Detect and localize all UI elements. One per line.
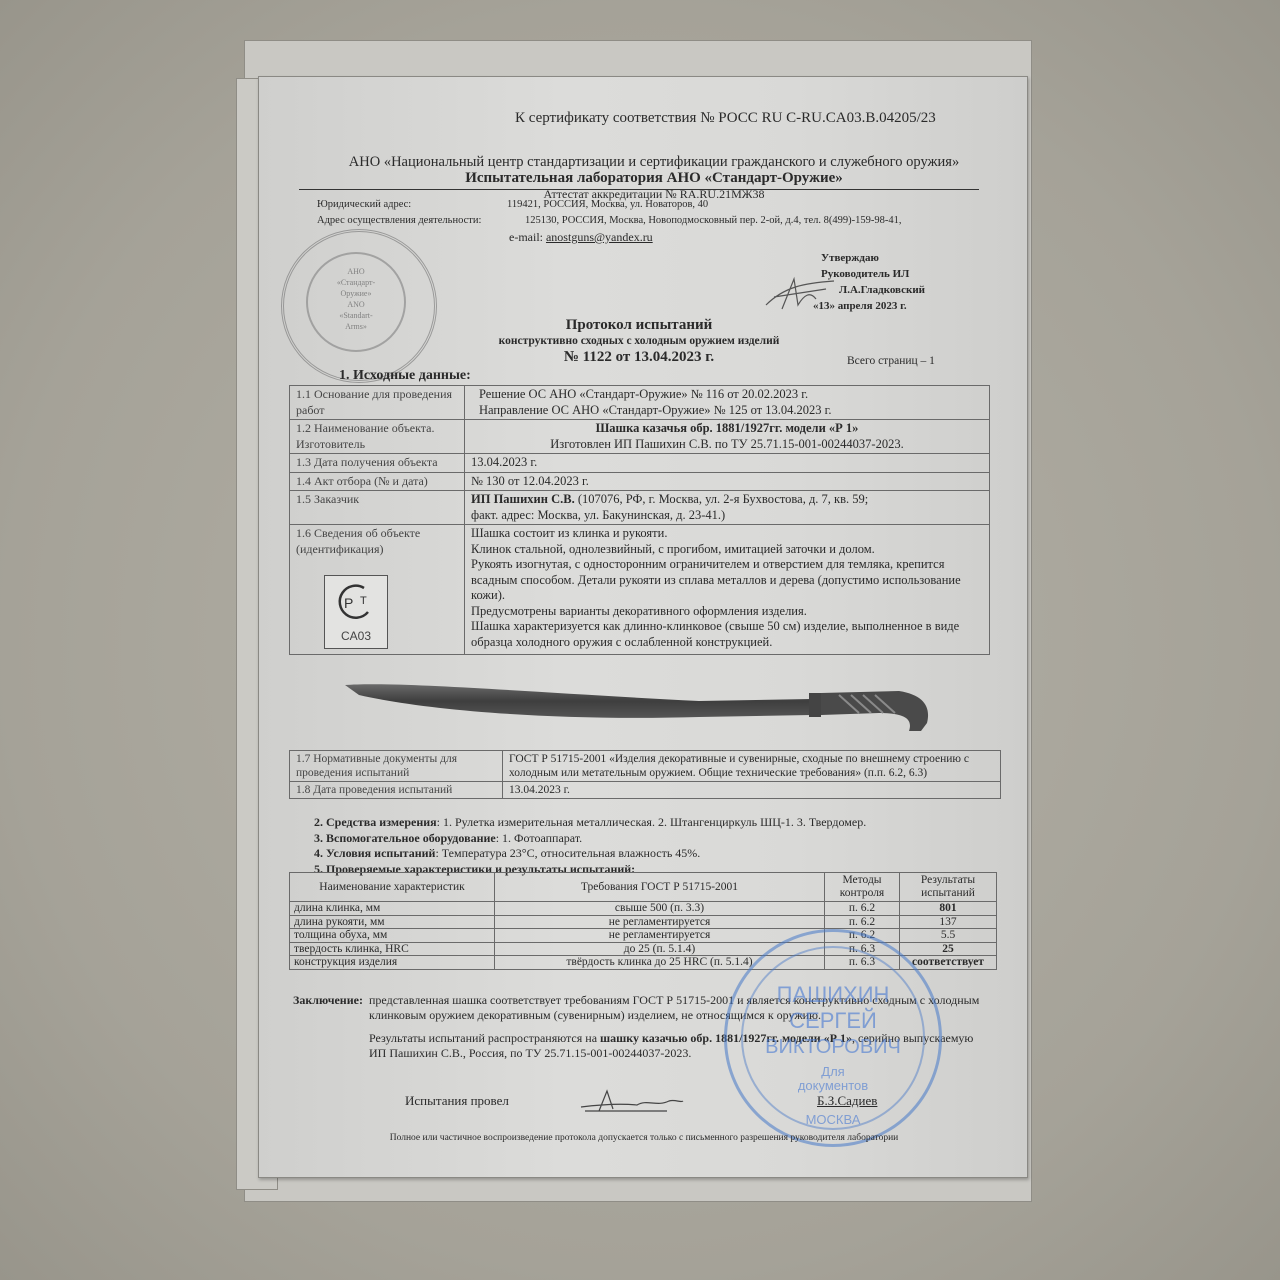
section-label: 3. Вспомогательное оборудование [314,831,496,845]
initial-data-table: 1.1 Основание для проведения работ Решен… [289,385,990,655]
section-text: : Температура 23°С, относительная влажно… [435,846,700,860]
certification-code: CA03 [325,629,387,645]
value-line: Решение ОС АНО «Стандарт-Оружие» № 116 о… [479,387,983,403]
value-line: Изготовлен ИП Пашихин С.В. по ТУ 25.71.1… [471,437,983,453]
row-label: 1.5 Заказчик [290,491,465,525]
footer-notice: Полное или частичное воспроизведение про… [319,1133,969,1143]
value-line: Направление ОС АНО «Стандарт-Оружие» № 1… [479,403,983,419]
customer-name: ИП Пашихин С.В. [471,492,575,506]
cell-name: длина рукояти, мм [290,915,495,929]
cell-result: 801 [900,902,997,916]
row-value: ГОСТ Р 51715-2001 «Изделия декоративные … [503,751,1001,782]
protocol-number: № 1122 от 13.04.2023 г. [459,349,819,366]
table-row: 1.5 Заказчик ИП Пашихин С.В. (107076, РФ… [290,491,990,525]
round-seal-center: АНО «Стандарт- Оружие» ANO «Standart- Ar… [306,252,406,352]
conclusion-label: Заключение: [293,993,363,1008]
normative-table: 1.7 Нормативные документы для проведения… [289,750,1001,799]
column-header: Результаты испытаний [900,873,997,902]
stamp-line: СЕРГЕЙ [727,1008,939,1034]
cell-requirement: не регламентируется [495,929,825,943]
seal-line: ANO [308,299,404,310]
section-item: 4. Условия испытаний: Температура 23°С, … [314,846,866,862]
table-row: 1.6 Сведения об объекте (идентификация) … [290,525,990,655]
certificate-reference: К сертификату соответствия № РОСС RU C-R… [515,110,936,127]
pct-mark-icon: P T [334,582,378,622]
conducted-label: Испытания провел [405,1093,509,1109]
stamp-line: ПАШИХИН [727,982,939,1008]
email-label: e-mail: [509,230,543,244]
page-count: Всего страниц – 1 [847,355,935,367]
row-label-cell: 1.6 Сведения об объекте (идентификация) … [290,525,465,655]
tester-signature-icon [577,1085,687,1119]
table-row: 1.2 Наименование объекта. Изготовитель Ш… [290,420,990,454]
seal-line: «Standart- [308,310,404,321]
row-label: 1.3 Дата получения объекта [290,454,465,473]
row-value: Решение ОС АНО «Стандарт-Оружие» № 116 о… [465,386,990,420]
protocol-document: К сертификату соответствия № РОСС RU C-R… [258,76,1028,1178]
table-row: 1.3 Дата получения объекта 13.04.2023 г. [290,454,990,473]
email-link[interactable]: anostguns@yandex.ru [546,230,653,244]
row-value: Шашка казачья обр. 1881/1927гг. модели «… [465,420,990,454]
value-line: (107076, РФ, г. Москва, ул. 2-я Бухвосто… [575,492,869,506]
table-row: 1.4 Акт отбора (№ и дата) № 130 от 12.04… [290,472,990,491]
row-label: 1.8 Дата проведения испытаний [290,782,503,799]
table-row: толщина обуха, мм не регламентируется п.… [290,929,997,943]
seal-line: Arms» [308,321,404,332]
cell-result: 25 [900,942,997,956]
approver-signature-icon [764,275,844,315]
cell-result: 5.5 [900,929,997,943]
cell-requirement: свыше 500 (п. 3.3) [495,902,825,916]
row-label: 1.6 Сведения об объекте (идентификация) [296,526,458,557]
table-row: 1.1 Основание для проведения работ Решен… [290,386,990,420]
stamp-line: документов [727,1078,939,1093]
activity-address-label: Адрес осуществления деятельности: [317,215,481,226]
table-row: длина рукояти, мм не регламентируется п.… [290,915,997,929]
value-line: Рукоять изогнутая, с односторонним огран… [471,557,983,604]
legal-address-row: Юридический адрес: 119421, РОССИЯ, Москв… [317,199,411,210]
cell-result: 137 [900,915,997,929]
table-header-row: Наименование характеристик Требования ГО… [290,873,997,902]
blue-stamp: ПАШИХИН СЕРГЕЙ ВИКТОРОВИЧ Для документов… [724,929,942,1147]
certification-mark: P T CA03 [324,575,388,649]
value-line: Шашка состоит из клинка и рукояти. [471,526,983,542]
cell-name: толщина обуха, мм [290,929,495,943]
column-header: Методы контроля [825,873,900,902]
approval-line: Утверждаю [821,250,925,266]
scope-text: Результаты испытаний распространяются на [369,1031,600,1045]
value-line: Предусмотрены варианты декоративного офо… [471,604,983,620]
row-value: № 130 от 12.04.2023 г. [465,472,990,491]
row-label: 1.2 Наименование объекта. Изготовитель [290,420,465,454]
svg-text:P: P [344,595,353,611]
legal-address: 119421, РОССИЯ, Москва, ул. Новаторов, 4… [507,199,708,210]
row-label: 1.7 Нормативные документы для проведения… [290,751,503,782]
row-value: ИП Пашихин С.В. (107076, РФ, г. Москва, … [465,491,990,525]
seal-line: Оружие» [308,288,404,299]
row-value: Шашка состоит из клинка и рукояти. Клино… [465,525,990,655]
cell-method: п. 6.2 [825,902,900,916]
cell-requirement: не регламентируется [495,915,825,929]
column-header: Наименование характеристик [290,873,495,902]
row-value: 13.04.2023 г. [465,454,990,473]
activity-address-row: Адрес осуществления деятельности: 125130… [317,215,481,226]
value-line: факт. адрес: Москва, ул. Бакунинская, д.… [471,508,983,524]
sections-list: 2. Средства измерения: 1. Рулетка измери… [314,815,866,877]
round-seal: АНО «Стандарт- Оружие» ANO «Standart- Ar… [281,229,437,383]
row-label: 1.4 Акт отбора (№ и дата) [290,472,465,491]
column-header: Требования ГОСТ Р 51715-2001 [495,873,825,902]
cell-name: длина клинка, мм [290,902,495,916]
svg-text:T: T [360,595,367,607]
value-line: Клинок стальной, однолезвийный, с прогиб… [471,542,983,558]
organization-name: АНО «Национальный центр стандартизации и… [309,154,999,171]
cell-name: твердость клинка, HRC [290,942,495,956]
row-label: 1.1 Основание для проведения работ [290,386,465,420]
sword-photo-icon [339,673,939,745]
seal-line: АНО [308,266,404,277]
section-label: 2. Средства измерения [314,815,437,829]
lab-name: Испытательная лаборатория АНО «Стандарт-… [309,170,999,187]
section-label: 4. Условия испытаний [314,846,435,860]
cell-name: конструкция изделия [290,956,495,970]
object-name: Шашка казачья обр. 1881/1927гг. модели «… [471,421,983,437]
seal-line: «Стандарт- [308,277,404,288]
stamp-line: Для [727,1064,939,1079]
protocol-subtitle: конструктивно сходных с холодным оружием… [409,335,869,347]
email-row: e-mail: anostguns@yandex.ru [509,230,653,245]
section-text: : 1. Рулетка измерительная металлическая… [437,815,867,829]
section-item: 2. Средства измерения: 1. Рулетка измери… [314,815,866,831]
protocol-title: Протокол испытаний [459,317,819,334]
value-line: Шашка характеризуется как длинно-клинков… [471,619,983,650]
activity-address: 125130, РОССИЯ, Москва, Новоподмосковный… [525,215,901,226]
table-row: 1.7 Нормативные документы для проведения… [290,751,1001,782]
table-row: 1.8 Дата проведения испытаний 13.04.2023… [290,782,1001,799]
row-value: 13.04.2023 г. [503,782,1001,799]
stamp-line: МОСКВА [727,1112,939,1127]
section-item: 3. Вспомогательное оборудование: 1. Фото… [314,831,866,847]
section1-heading: 1. Исходные данные: [339,368,471,384]
cell-method: п. 6.2 [825,915,900,929]
legal-address-label: Юридический адрес: [317,199,411,210]
section-text: : 1. Фотоаппарат. [496,831,582,845]
table-row: длина клинка, мм свыше 500 (п. 3.3) п. 6… [290,902,997,916]
stamp-line: ВИКТОРОВИЧ [727,1036,939,1059]
